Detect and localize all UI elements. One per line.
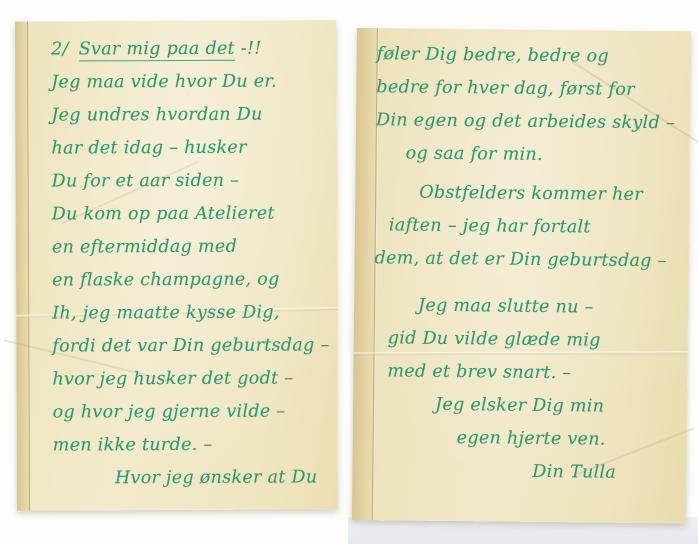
- page-number: 2/: [51, 39, 69, 59]
- letter-line: hvor jeg husker det godt –: [52, 362, 329, 396]
- letter-line: iaften – jeg har fortalt: [389, 209, 674, 245]
- letter-page-right: føler Dig bedre, bedre og bedre for hver…: [352, 28, 691, 523]
- letter-line: Jeg maa vide hvor Du er.: [51, 65, 328, 99]
- letter-line: Du for et aar siden –: [52, 164, 329, 198]
- letter-line: men ikke turde. –: [53, 428, 330, 462]
- letter-line: en flaske champagne, og: [52, 263, 329, 297]
- letter-line: fordi det var Din geburtsdag –: [52, 329, 329, 363]
- signature: Din Tulla: [532, 456, 671, 490]
- letter-line: har det idag – husker: [51, 131, 328, 165]
- letter-line: Jeg maa slutte nu –: [418, 290, 673, 326]
- letter-line: Du kom op paa Atelieret: [52, 197, 329, 231]
- letter-heading-line: 2/Svar mig paa det -!!: [51, 32, 328, 66]
- left-page-text: 2/Svar mig paa det -!! Jeg maa vide hvor…: [51, 32, 330, 495]
- letter-page-left: 2/Svar mig paa det -!! Jeg maa vide hvor…: [15, 20, 338, 510]
- letter-scan: 2/Svar mig paa det -!! Jeg maa vide hvor…: [0, 0, 698, 544]
- letter-line: Jeg undres hvordan Du: [51, 98, 328, 132]
- letter-line: Din egen og det arbeides skyld –: [376, 104, 675, 140]
- underlined-phrase: Svar mig paa det: [79, 39, 235, 62]
- letter-line: føler Dig bedre, bedre og: [377, 38, 676, 74]
- heading-suffix: -!!: [235, 39, 262, 59]
- letter-line: og hvor jeg gjerne vilde –: [53, 395, 330, 429]
- letter-line: Hvor jeg ønsker at Du: [115, 461, 330, 495]
- right-page-text: føler Dig bedre, bedre og bedre for hver…: [372, 38, 676, 490]
- letter-line: dem, at det er Din geburtsdag –: [374, 242, 673, 278]
- page-fold-edge: [15, 22, 30, 511]
- letter-line: og saa for min.: [406, 138, 675, 174]
- letter-line: med et brev snart. –: [387, 355, 672, 391]
- letter-line: gid Du vilde glæde mig: [388, 322, 673, 358]
- letter-line: Ih, jeg maatte kysse Dig,: [52, 296, 329, 330]
- letter-line: bedre for hver dag, først for: [376, 71, 675, 107]
- letter-line: Jeg elsker Dig min: [435, 389, 672, 424]
- letter-line: egen hjerte ven.: [457, 422, 672, 457]
- letter-line: Obstfelders kommer her: [419, 177, 674, 213]
- letter-line: en eftermiddag med: [52, 230, 329, 264]
